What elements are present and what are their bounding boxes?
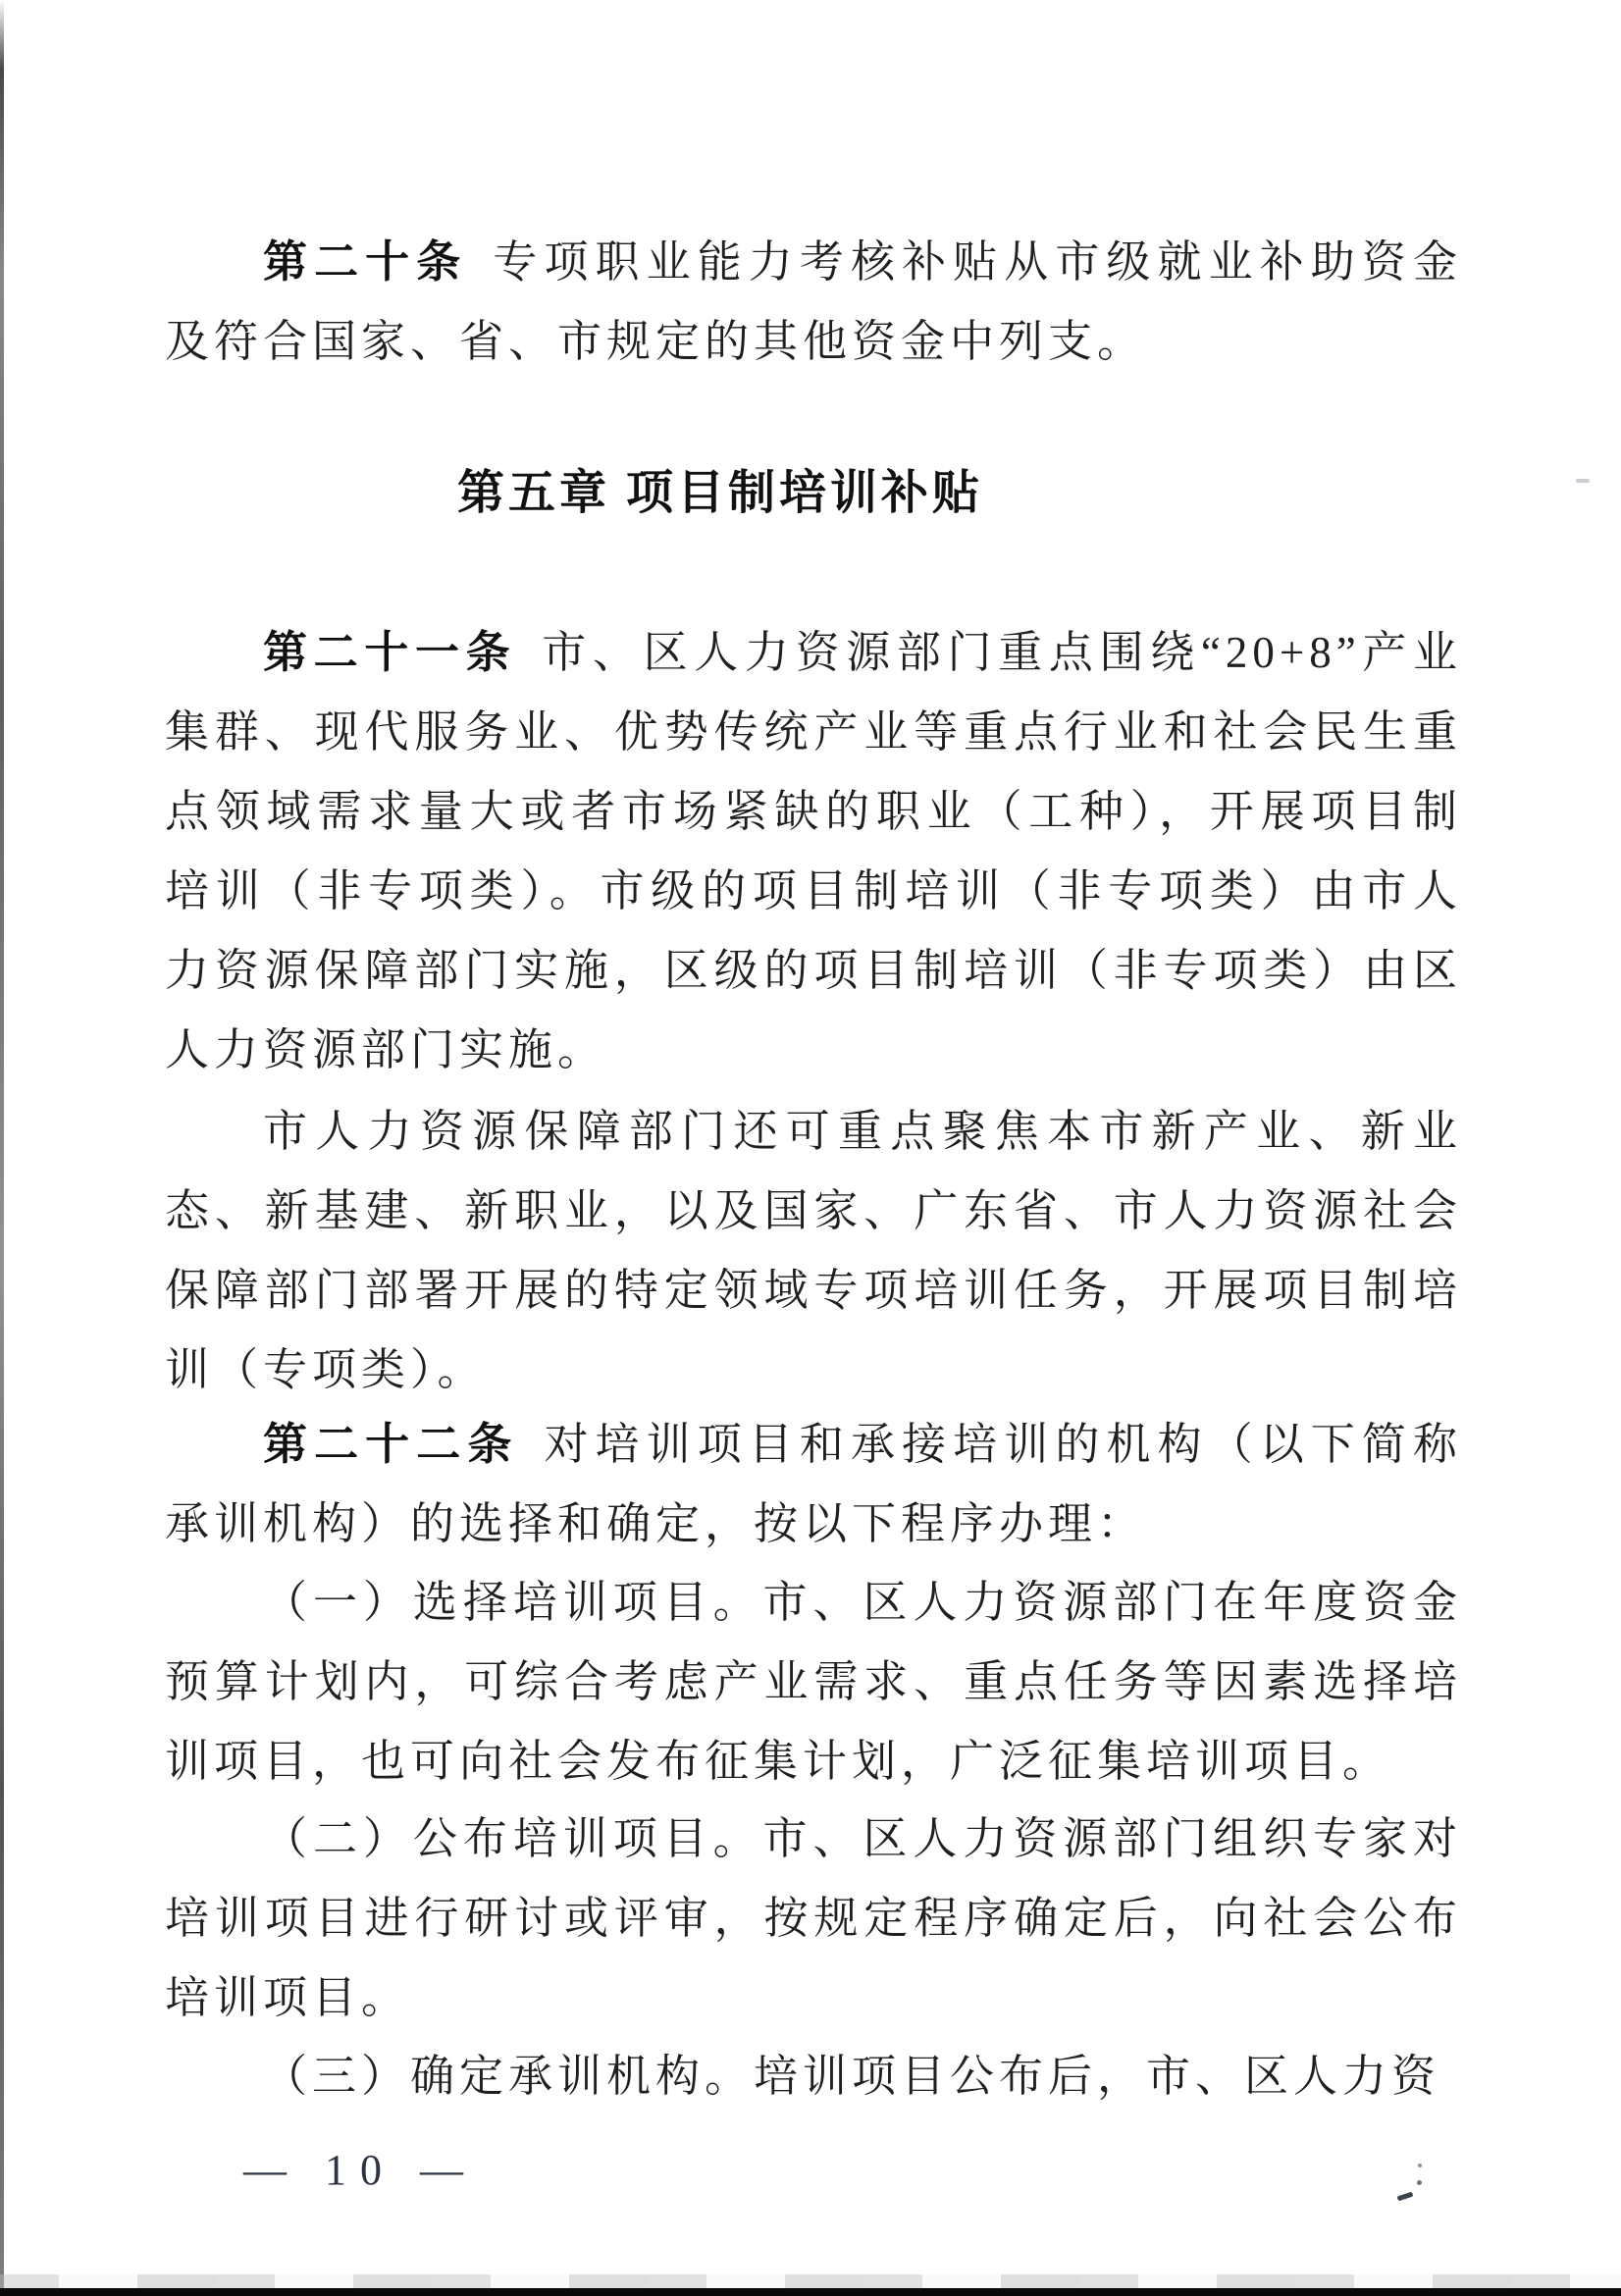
article-20-label: 第二十条 (263, 237, 467, 287)
scan-smudge-artifact (1576, 479, 1590, 483)
scan-speck-artifact (1417, 2180, 1422, 2185)
article-21-label: 第二十一条 (263, 628, 516, 677)
paragraph-item-3: （三）确定承训机构。培训项目公布后，市、区人力资 (165, 2037, 1462, 2116)
article-22-label: 第二十二条 (263, 1420, 518, 1469)
scan-bottom-bar-artifact (0, 2288, 1621, 2296)
scanned-document-page: 第二十条专项职业能力考核补贴从市级就业补助资金及符合国家、省、市规定的其他资金中… (0, 0, 1621, 2296)
paragraph-item-2: （二）公布培训项目。市、区人力资源部门组织专家对培训项目进行研讨或评审，按规定程… (165, 1800, 1462, 2038)
footer-page-number: — 10 — (243, 2145, 477, 2195)
paragraph-text: 市、区人力资源部门重点围绕“20+8”产业集群、现代服务业、优势传统产业等重点行… (165, 628, 1462, 1074)
paragraph-article-21: 第二十一条市、区人力资源部门重点围绕“20+8”产业集群、现代服务业、优势传统产… (165, 613, 1462, 1090)
scan-left-edge-artifact (0, 0, 4, 2296)
scan-bottom-noise-artifact (0, 2274, 1621, 2288)
paragraph-text: （三）确定承训机构。培训项目公布后，市、区人力资 (263, 2052, 1440, 2101)
paragraph-article-22: 第二十二条对培训项目和承接培训的机构（以下简称承训机构）的选择和确定，按以下程序… (165, 1405, 1462, 1564)
paragraph-text: （二）公布培训项目。市、区人力资源部门组织专家对培训项目进行研讨或评审，按规定程… (165, 1814, 1462, 2022)
paragraph-article-20: 第二十条专项职业能力考核补贴从市级就业补助资金及符合国家、省、市规定的其他资金中… (165, 223, 1462, 382)
paragraph-text: （一）选择培训项目。市、区人力资源部门在年度资金预算计划内，可综合考虑产业需求、… (165, 1578, 1462, 1786)
scan-speck-artifact (1418, 2164, 1422, 2167)
chapter-heading: 第五章 项目制培训补贴 (165, 453, 1462, 533)
scan-speck-artifact (1397, 2192, 1414, 2202)
paragraph-item-1: （一）选择培训项目。市、区人力资源部门在年度资金预算计划内，可综合考虑产业需求、… (165, 1563, 1462, 1801)
paragraph-text: 市人力资源保障部门还可重点聚焦本市新产业、新业态、新基建、新职业，以及国家、广东… (165, 1107, 1462, 1394)
paragraph-special-projects: 市人力资源保障部门还可重点聚焦本市新产业、新业态、新基建、新职业，以及国家、广东… (165, 1092, 1462, 1410)
